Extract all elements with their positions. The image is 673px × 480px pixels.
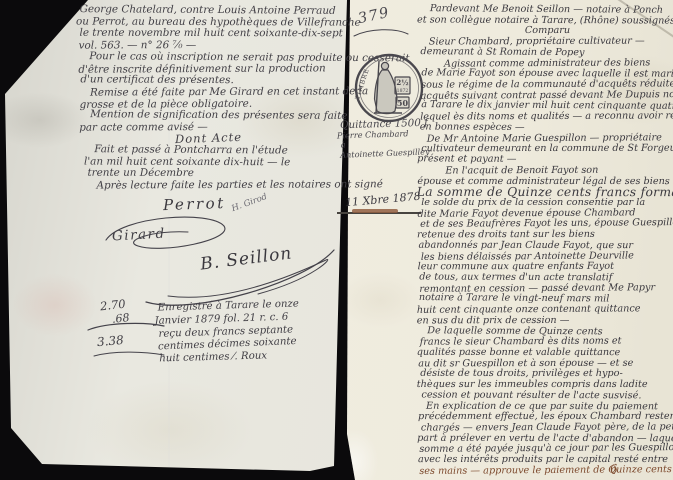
fee-total: 3.38: [96, 333, 124, 349]
revenue-stamp-icon: 2½ 1872 50 TIMBRE: [352, 51, 426, 125]
right-page-body-text: Pardevant Me Benoit Seillon — notaire à …: [419, 5, 673, 477]
brown-ink-mark: 6: [609, 462, 619, 477]
stamp-cent-value: 50: [397, 98, 409, 108]
fee-total-underline: [90, 348, 168, 362]
stamp-year: 1872: [397, 88, 409, 94]
stamp-value-top: 2½: [396, 78, 408, 87]
left-page-body-text: George Chatelard, contre Louis Antoine P…: [78, 5, 338, 134]
hand-line: Après lecture faite les parties et les n…: [87, 180, 339, 193]
margin-date-smear: [352, 209, 398, 213]
registration-note: Enregistré à Tarare le onzeJanvier 1879 …: [156, 297, 336, 367]
left-page-closing-text: Fait et passé à Pontcharra en l'étudel'a…: [86, 145, 338, 192]
page-number-underline: [350, 26, 412, 40]
hand-line: ses mains — approuve le paiement de Quin…: [419, 465, 673, 478]
archive-scan: George Chatelard, contre Louis Antoine P…: [0, 0, 673, 480]
